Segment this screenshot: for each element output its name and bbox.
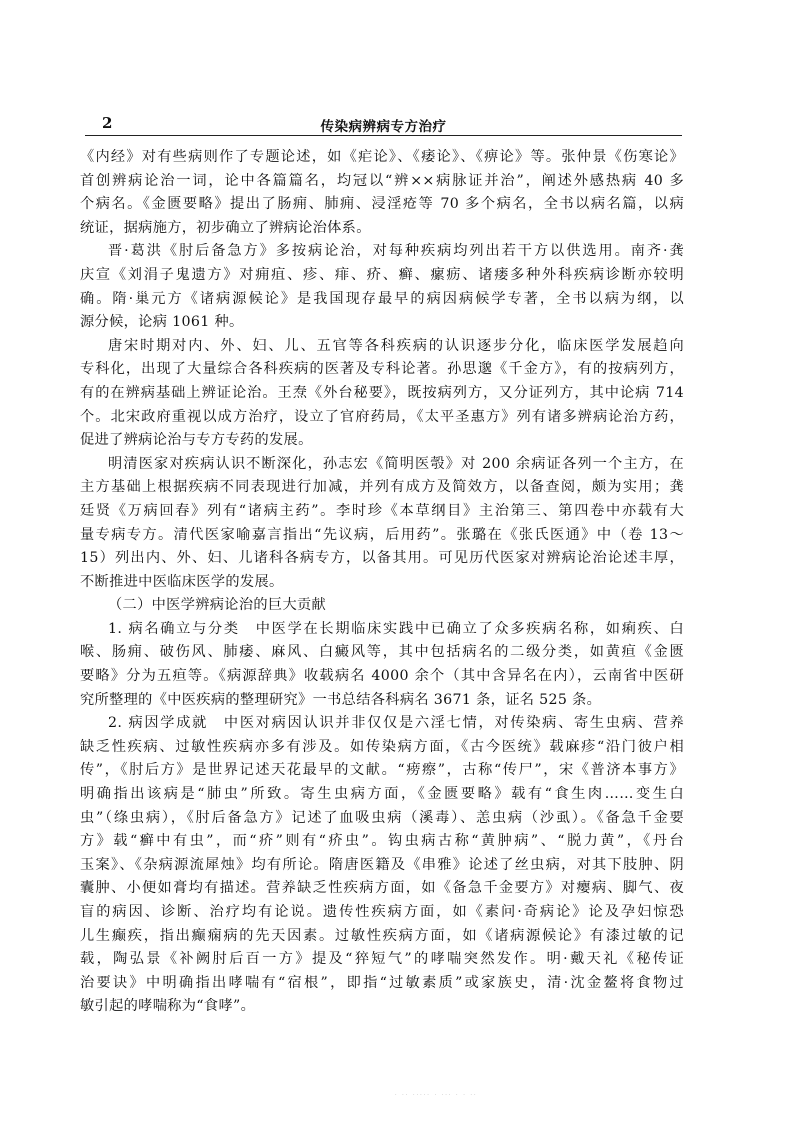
text-line: 庆宣《刘涓子鬼遗方》对痈疽、疹、痱、疥、癣、瘰疬、诸瘘多种外科疾病诊断亦较明 <box>80 264 684 288</box>
text-line: 15）列出内、外、妇、儿诸科各病专方，以备其用。可见历代医家对辨病论治论述丰厚， <box>80 547 684 571</box>
text-line: 缺乏性疾病、过敏性疾病亦多有涉及。如传染病方面，《古今医统》载麻疹“沿门彼户相 <box>80 736 684 760</box>
text-line: 专科化，出现了大量综合各科疾病的医著及专科论著。孙思邈《千金方》，有的按病列方， <box>80 358 684 382</box>
text-line: 究所整理的《中医疾病的整理研究》一书总结各科病名 3671 条，证名 525 条… <box>80 689 684 713</box>
text-line: 主方基础上根据疾病不同表现进行加减，并列有成方及简效方，以备查阅，颇为实用；龚 <box>80 476 684 500</box>
text-line: 儿生癫疾，指出癫痫病的先天因素。过敏性疾病方面，如《诸病源候论》有漆过敏的记 <box>80 925 684 949</box>
text-line: 唐宋时期对内、外、妇、儿、五官等各科疾病的认识逐步分化，临床医学发展趋向 <box>80 335 684 359</box>
text-line: 廷贤《万病回春》列有“诸病主药”。李时珍《本草纲目》主治第三、第四卷中亦载有大 <box>80 500 684 524</box>
text-line: 《内经》对有些病则作了专题论述，如《疟论》、《痿论》、《痹论》等。张仲景《伤寒论… <box>80 146 684 170</box>
paragraph: 《内经》对有些病则作了专题论述，如《疟论》、《痿论》、《痹论》等。张仲景《伤寒论… <box>80 146 684 240</box>
text-line: 方》载“癣中有虫”，而“疥”则有“疥虫”。钩虫病古称“黄肿病”、“脱力黄”，《丹… <box>80 830 684 854</box>
text-line: 载，陶弘景《补阙肘后百一方》提及“猝短气”的哮喘突然发作。明·戴天礼《秘传证 <box>80 948 684 972</box>
paragraph: 明清医家对疾病认识不断深化，孙志宏《简明医彀》对 200 余病证各列一个主方，在… <box>80 453 684 595</box>
text-line: 个。北宋政府重视以成方治疗，设立了官府药局，《太平圣惠方》列有诸多辨病论治方药， <box>80 406 684 430</box>
header-rule <box>85 135 682 136</box>
text-line: 源分候，论病 1061 种。 <box>80 311 684 335</box>
paragraph: 1. 病名确立与分类 中医学在长期临床实践中已确立了众多疾病名称，如痢疾、白喉、… <box>80 618 684 712</box>
text-line: 确。隋·巢元方《诸病源候论》是我国现存最早的病因病候学专著，全书以病为纲，以 <box>80 288 684 312</box>
text-line: 个病名。《金匮要略》提出了肠痈、肺痈、浸淫疮等 70 多个病名，全书以病名篇，以… <box>80 193 684 217</box>
text-line: 统证，据病施方，初步确立了辨病论治体系。 <box>80 217 684 241</box>
text-line: 虫”（绦虫病），《肘后备急方》记述了血吸虫病（溪毒）、恙虫病（沙虱）。《备急千金… <box>80 807 684 831</box>
text-line: 明清医家对疾病认识不断深化，孙志宏《简明医彀》对 200 余病证各列一个主方，在 <box>80 453 684 477</box>
text-line: 要略》分为五疸等。《病源辞典》收载病名 4000 余个（其中含异名在内），云南省… <box>80 665 684 689</box>
running-title: 传染病辨病专方治疗 <box>85 115 682 135</box>
text-line: 晋·葛洪《肘后备急方》多按病论治，对每种疾病均列出若干方以供选用。南齐·龚 <box>80 240 684 264</box>
body-text: 《内经》对有些病则作了专题论述，如《疟论》、《痿论》、《痹论》等。张仲景《伤寒论… <box>80 146 684 1019</box>
scan-artifact: · ·· ····· · ··· · · ·· <box>395 1092 478 1098</box>
text-line: 首创辨病论治一词，论中各篇篇名，均冠以“辨××病脉证并治”，阐述外感热病 40 … <box>80 170 684 194</box>
text-line: 治要诀》中明确指出哮喘有“宿根”，即指“过敏素质”或家族史，清·沈金鳌将食物过 <box>80 972 684 996</box>
section-heading: （二）中医学辨病论治的巨大贡献 <box>80 594 684 618</box>
paragraph: 唐宋时期对内、外、妇、儿、五官等各科疾病的认识逐步分化，临床医学发展趋向专科化，… <box>80 335 684 453</box>
text-line: 玉案》、《杂病源流犀烛》均有所论。隋唐医籍及《串雅》论述了丝虫病，对其下肢肿、阴 <box>80 854 684 878</box>
paragraph: 2. 病因学成就 中医对病因认识并非仅仅是六淫七情，对传染病、寄生虫病、营养缺乏… <box>80 712 684 1019</box>
text-line: 明确指出该病是“肺虫”所致。寄生虫病方面，《金匮要略》载有“食生肉……变生白 <box>80 783 684 807</box>
text-line: 传”，《肘后方》是世界记述天花最早的文献。“痨瘵”，古称“传尸”，宋《普济本事方… <box>80 759 684 783</box>
text-line: 敏引起的哮喘称为“食哮”。 <box>80 995 684 1019</box>
text-line: 有的在辨病基础上辨证论治。王焘《外台秘要》，既按病列方，又分证列方，其中论病 7… <box>80 382 684 406</box>
paragraph: 晋·葛洪《肘后备急方》多按病论治，对每种疾病均列出若干方以供选用。南齐·龚庆宣《… <box>80 240 684 334</box>
text-line: 2. 病因学成就 中医对病因认识并非仅仅是六淫七情，对传染病、寄生虫病、营养 <box>80 712 684 736</box>
text-line: 不断推进中医临床医学的发展。 <box>80 571 684 595</box>
text-line: 囊肿、小便如膏均有描述。营养缺乏性疾病方面，如《备急千金要方》对瘿病、脚气、夜 <box>80 877 684 901</box>
text-line: 量专病专方。清代医家喻嘉言指出“先议病，后用药”。张璐在《张氏医通》中（卷 13… <box>80 524 684 548</box>
text-line: 盲的病因、诊断、治疗均有论说。遗传性疾病方面，如《素问·奇病论》论及孕妇惊恐 <box>80 901 684 925</box>
text-line: 喉、肠痈、破伤风、肺痿、麻风、白癜风等，其中包括病名的二级分类，如黄疸《金匮 <box>80 641 684 665</box>
book-page: 2 传染病辨病专方治疗 《内经》对有些病则作了专题论述，如《疟论》、《痿论》、《… <box>0 0 801 1122</box>
text-line: （二）中医学辨病论治的巨大贡献 <box>80 594 684 618</box>
page-header: 2 传染病辨病专方治疗 <box>85 112 682 134</box>
text-line: 1. 病名确立与分类 中医学在长期临床实践中已确立了众多疾病名称，如痢疾、白 <box>80 618 684 642</box>
text-line: 促进了辨病论治与专方专药的发展。 <box>80 429 684 453</box>
